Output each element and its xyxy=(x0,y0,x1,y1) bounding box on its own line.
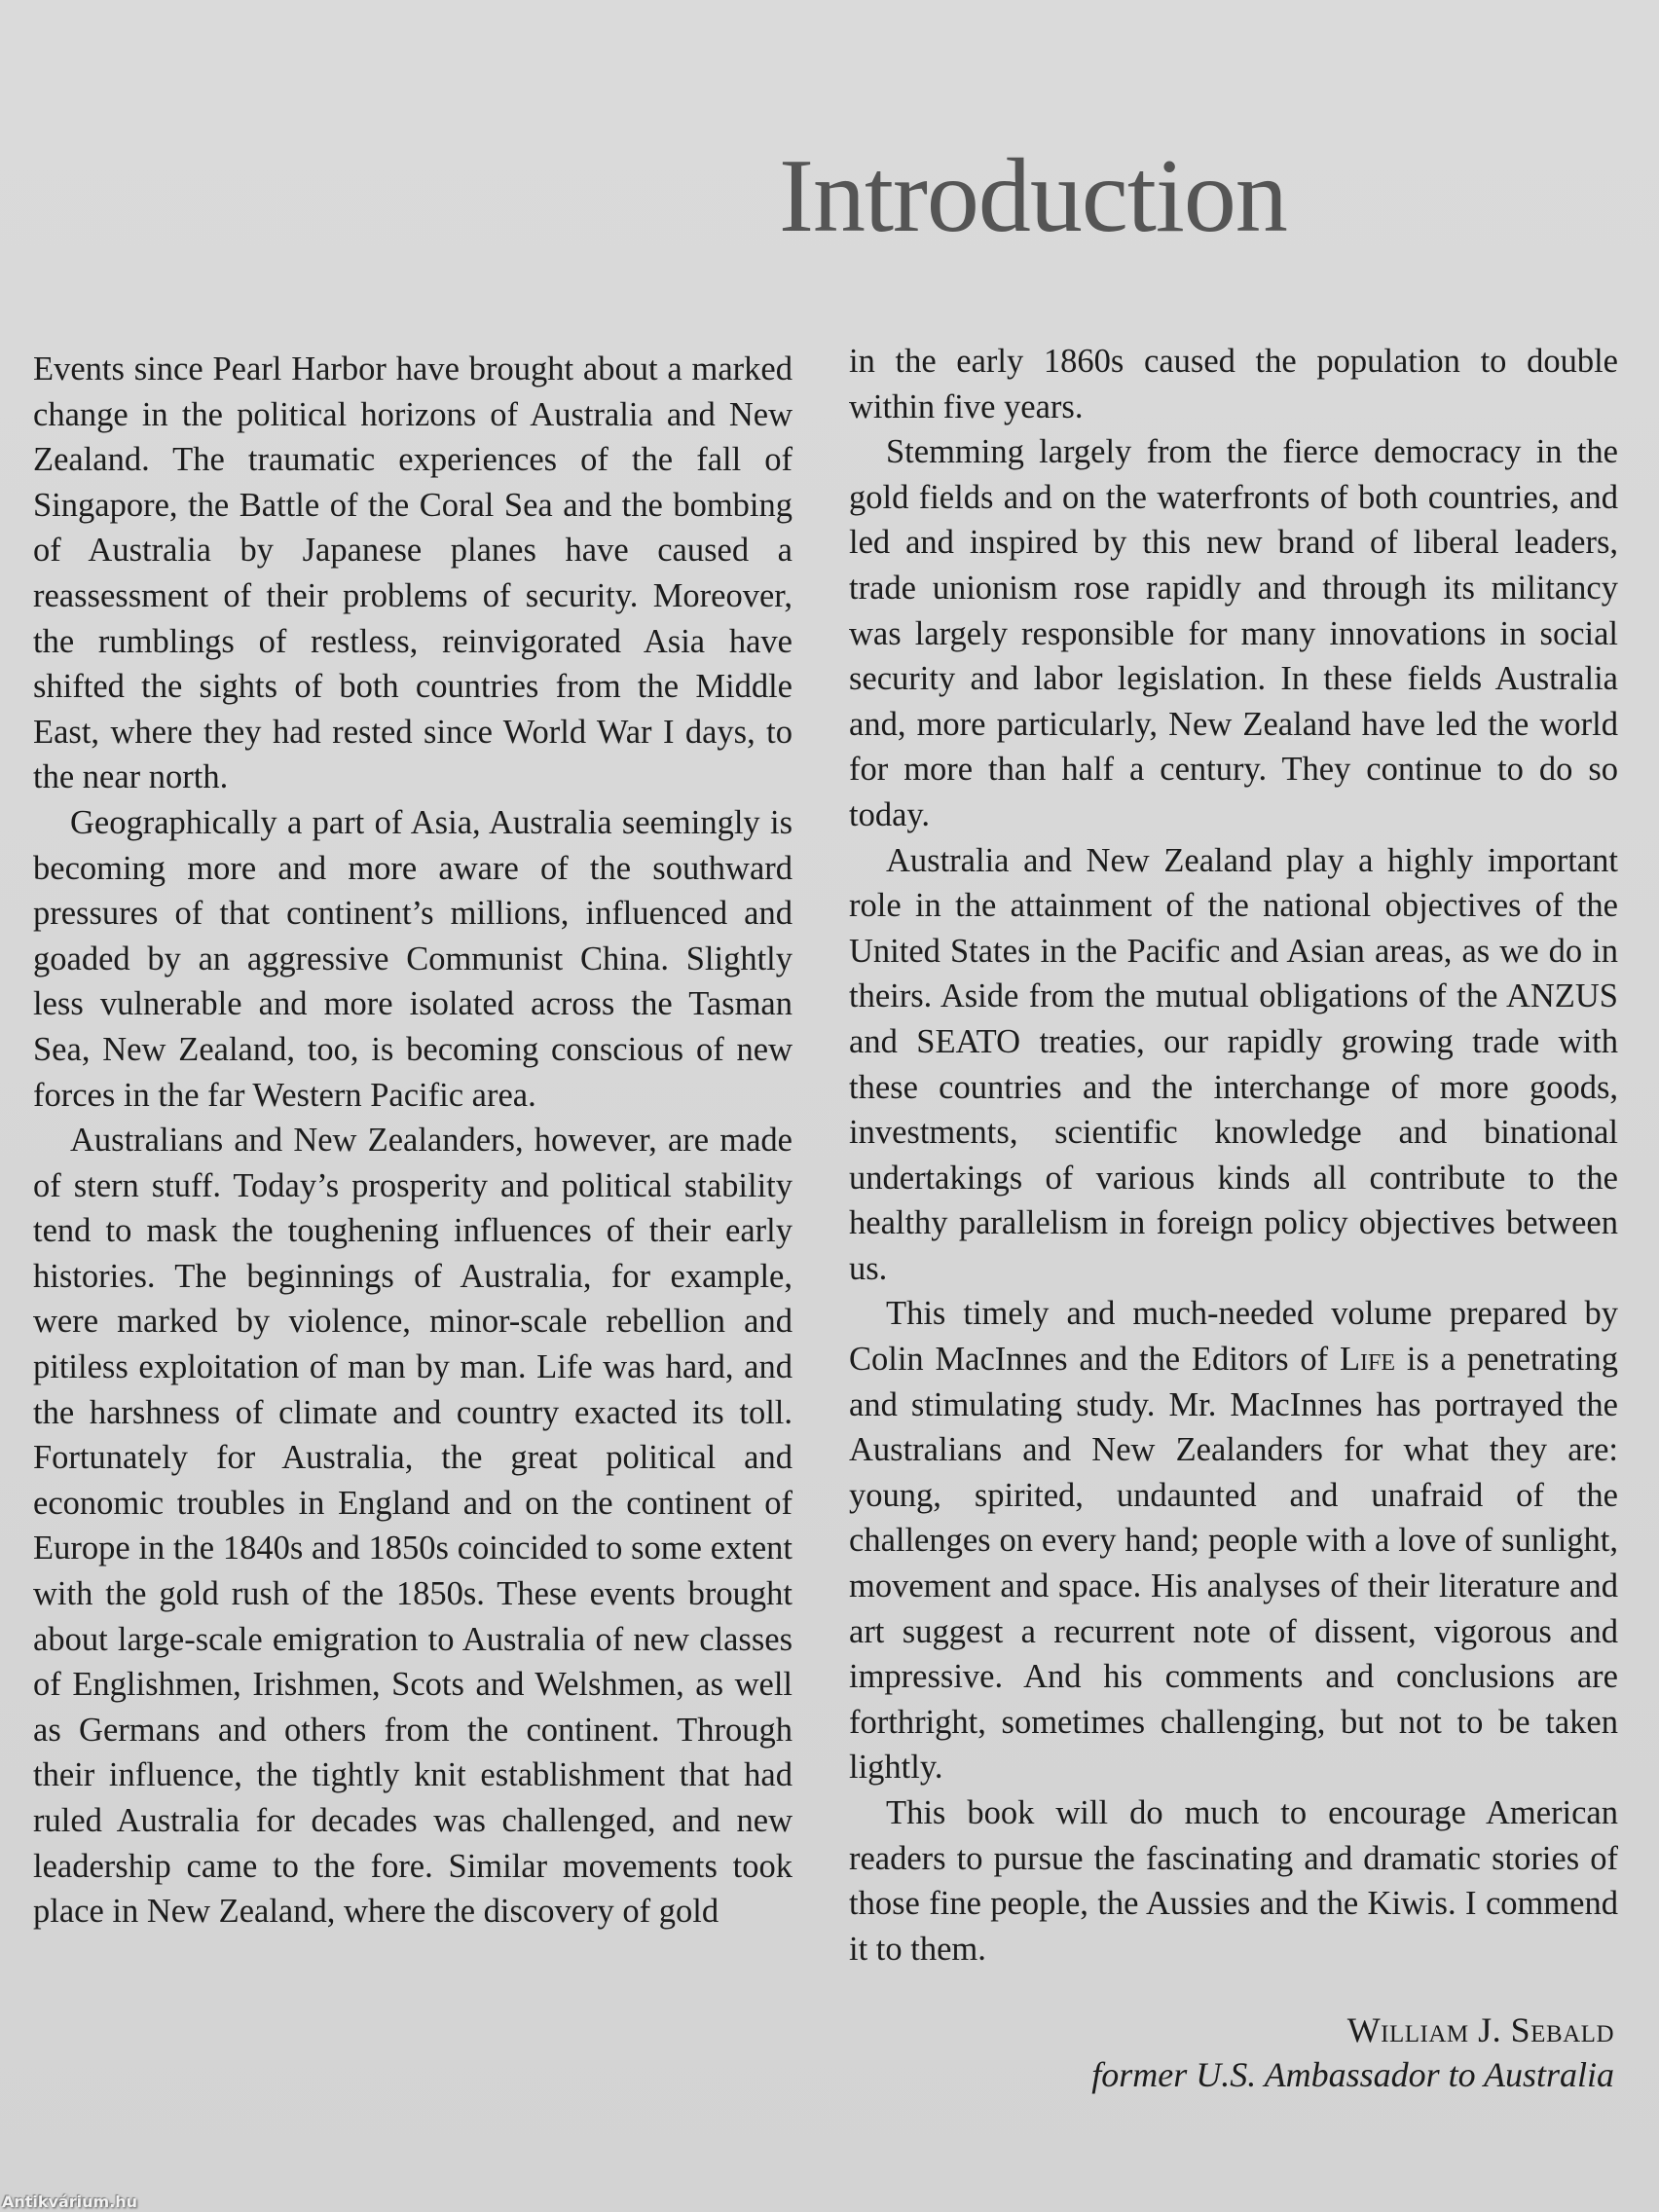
paragraph-2: Geographically a part of Asia, Australia… xyxy=(33,800,793,1118)
signature-name: William J. Sebald xyxy=(1091,2008,1614,2052)
watermark: Antikvárium.hu xyxy=(2,2193,137,2211)
book-page: Introduction Events since Pearl Harbor h… xyxy=(0,0,1659,2212)
paragraph-6-part-2: is a penetrating and stimulating study. … xyxy=(849,1341,1618,1786)
life-magazine-name: Life xyxy=(1340,1341,1395,1378)
paragraph-3-continued: in the early 1860s caused the population… xyxy=(849,339,1618,429)
paragraph-6: This timely and much-needed volume prepa… xyxy=(849,1291,1618,1790)
paragraph-1: Events since Pearl Harbor have brought a… xyxy=(33,347,793,800)
left-text-column: Events since Pearl Harbor have brought a… xyxy=(33,347,793,1935)
paragraph-7: This book will do much to encourage Amer… xyxy=(849,1790,1618,1972)
right-text-column: in the early 1860s caused the population… xyxy=(849,339,1618,1972)
signature-title: former U.S. Ambassador to Australia xyxy=(1091,2052,1614,2097)
paragraph-4: Stemming largely from the fierce democra… xyxy=(849,429,1618,837)
page-title: Introduction xyxy=(779,144,1287,249)
paragraph-5: Australia and New Zealand play a highly … xyxy=(849,838,1618,1292)
signature-block: William J. Sebald former U.S. Ambassador… xyxy=(1091,2008,1614,2097)
paragraph-3: Australians and New Zealanders, however,… xyxy=(33,1118,793,1935)
